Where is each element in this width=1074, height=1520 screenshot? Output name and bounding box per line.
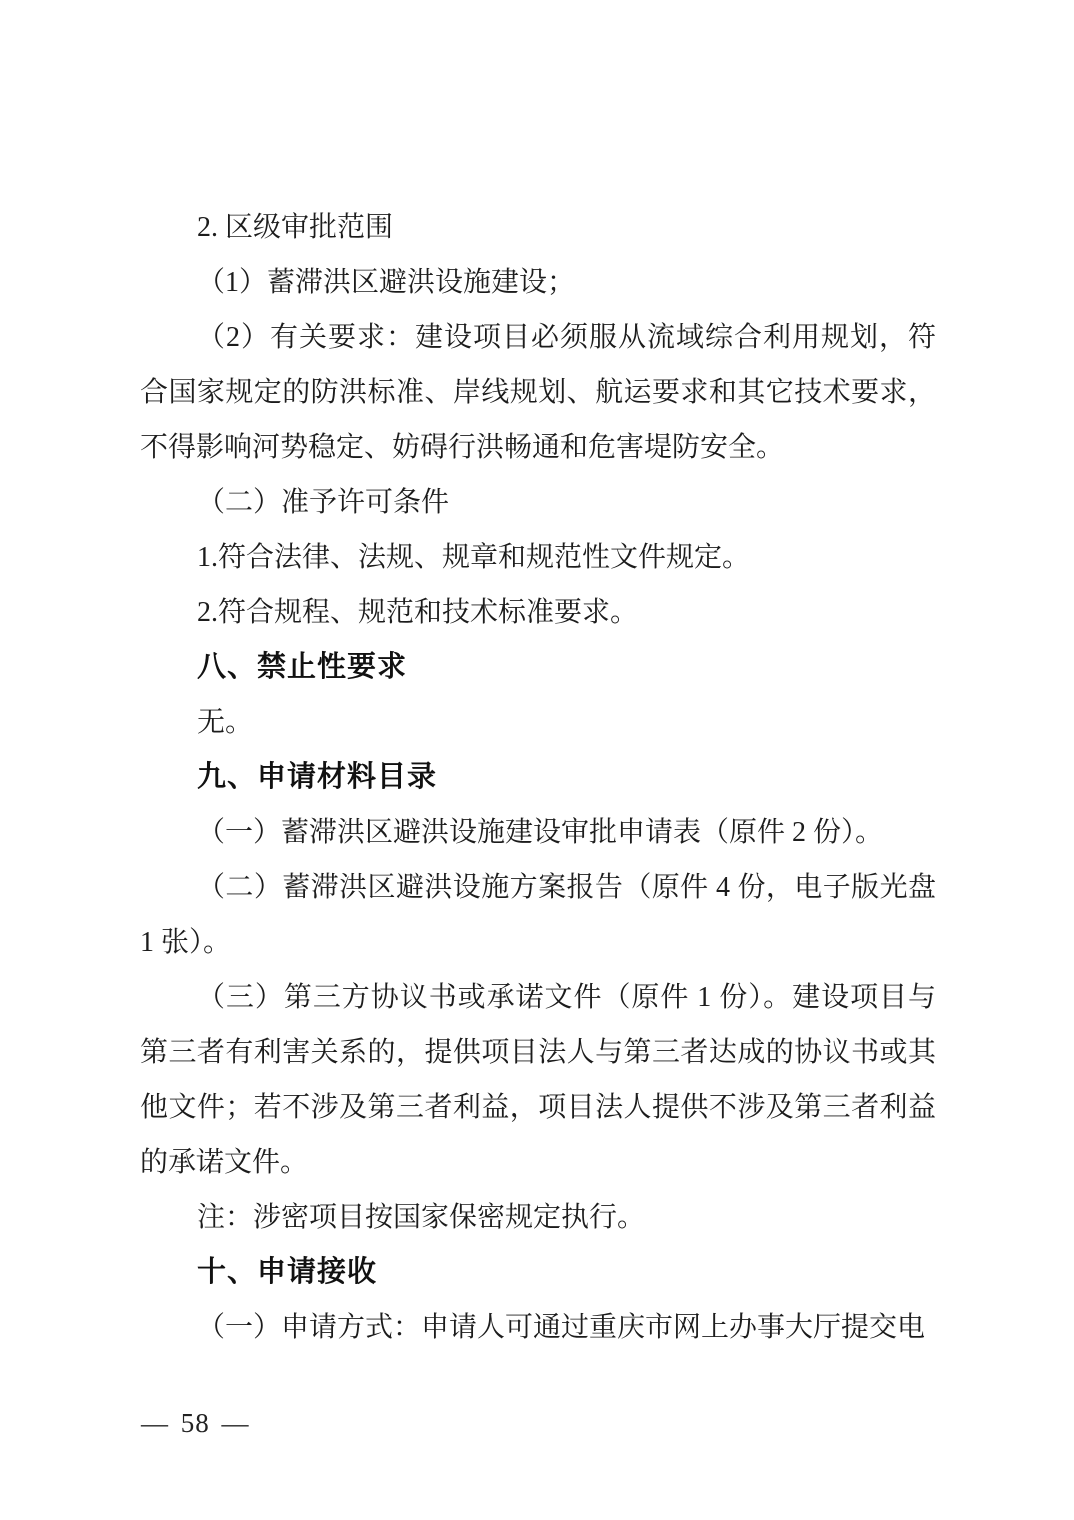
heading-application-materials-list: 九、申请材料目录 (140, 750, 936, 805)
page-footer: — 58 — (141, 1408, 250, 1439)
paragraph-permit-conditions: （二）准予许可条件 (140, 475, 936, 530)
paragraph-condition-1: 1.符合法律、法规、规章和规范性文件规定。 (140, 530, 936, 585)
page-number: — 58 — (141, 1408, 250, 1438)
paragraph-district-approval-scope: 2. 区级审批范围 (140, 200, 936, 255)
paragraph-material-1-application-form: （一）蓄滞洪区避洪设施建设审批申请表（原件 2 份）。 (140, 805, 936, 860)
paragraph-application-method: （一）申请方式：申请人可通过重庆市网上办事大厅提交电 (140, 1300, 936, 1355)
heading-prohibitive-requirements: 八、禁止性要求 (140, 640, 936, 695)
heading-application-reception: 十、申请接收 (140, 1245, 936, 1300)
document-body: 2. 区级审批范围 （1）蓄滞洪区避洪设施建设； （2）有关要求：建设项目必须服… (140, 200, 936, 1355)
paragraph-material-2-plan-report: （二）蓄滞洪区避洪设施方案报告（原件 4 份，电子版光盘 1 张）。 (140, 860, 936, 970)
paragraph-condition-2: 2.符合规程、规范和技术标准要求。 (140, 585, 936, 640)
paragraph-none: 无。 (140, 695, 936, 750)
paragraph-item-2-requirements: （2）有关要求：建设项目必须服从流域综合利用规划，符合国家规定的防洪标准、岸线规… (140, 310, 936, 475)
paragraph-confidentiality-note: 注：涉密项目按国家保密规定执行。 (140, 1190, 936, 1245)
paragraph-item-1-flood-storage: （1）蓄滞洪区避洪设施建设； (140, 255, 936, 310)
document-page: 2. 区级审批范围 （1）蓄滞洪区避洪设施建设； （2）有关要求：建设项目必须服… (0, 0, 1074, 1520)
paragraph-material-3-third-party: （三）第三方协议书或承诺文件（原件 1 份）。建设项目与第三者有利害关系的，提供… (140, 970, 936, 1190)
